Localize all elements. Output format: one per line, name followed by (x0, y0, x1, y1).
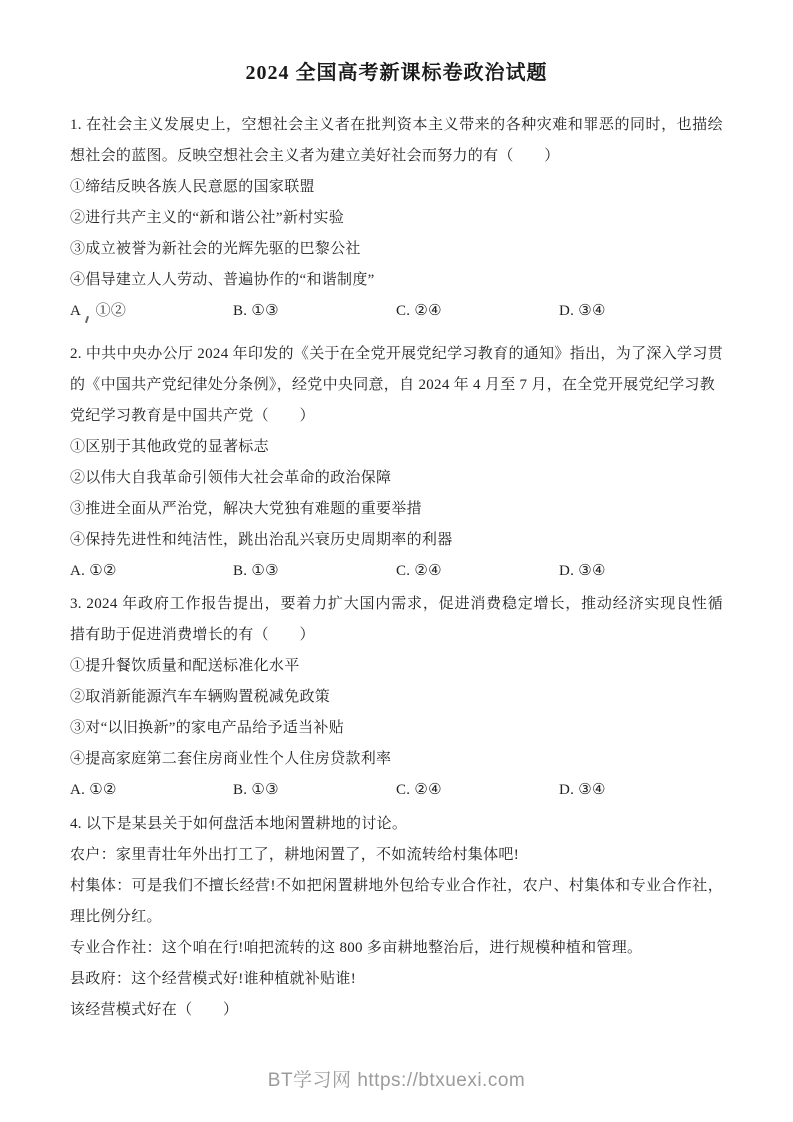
question-4-dialog-government: 县政府：这个经营模式好!谁种植就补贴谁! (70, 964, 723, 995)
question-1-item-2: ②进行共产主义的“新和谐公社”新村实验 (70, 203, 723, 234)
question-4-dialog-farmer: 农户：家里青壮年外出打工了，耕地闲置了，不如流转给村集体吧! (70, 840, 723, 871)
question-2-option-c: C. ②④ (396, 556, 559, 587)
question-1-option-c: C. ②④ (396, 296, 559, 327)
question-1-stem-line-1: 1. 在社会主义发展史上，空想社会主义者在批判资本主义带来的各种灾难和罪恶的同时… (70, 110, 723, 141)
question-3-option-b: B. ①③ (233, 775, 396, 806)
question-2-item-1: ①区别于其他政党的显著标志 (70, 432, 723, 463)
watermark-site-link: BT学习网 https://btxuexi.com (70, 1065, 723, 1092)
question-3-item-2: ②取消新能源汽车车辆购置税减免政策 (70, 682, 723, 713)
question-2-item-2: ②以伟大自我革命引领伟大社会革命的政治保障 (70, 463, 723, 494)
question-2-item-3: ③推进全面从严治党，解决大党独有难题的重要举措 (70, 494, 723, 525)
question-2-stem-line-2: 的《中国共产党纪律处分条例》，经党中央同意，自 2024 年 4 月至 7 月，… (70, 370, 723, 401)
page-title: 2024 全国高考新课标卷政治试题 (70, 0, 723, 86)
question-1-item-4: ④倡导建立人人劳动、普遍协作的“和谐制度” (70, 265, 723, 296)
question-3-item-1: ①提升餐饮质量和配送标准化水平 (70, 651, 723, 682)
question-3-stem-line-2: 措有助于促进消费增长的有（ ） (70, 620, 723, 651)
question-2-option-d: D. ③④ (559, 556, 606, 587)
question-1-stem-line-2: 想社会的蓝图。反映空想社会主义者为建立美好社会而努力的有（ ） (70, 141, 723, 172)
question-1-option-d: D. ③④ (559, 296, 722, 327)
question-3-item-4: ④提高家庭第二套住房商业性个人住房贷款利率 (70, 744, 723, 775)
question-4-dialog-village-line-2: 理比例分红。 (70, 902, 723, 933)
question-2-options: A. ①② B. ①③ C. ②④ D. ③④ (70, 556, 723, 587)
question-3-option-a: A. ①② (70, 775, 233, 806)
question-1-option-a: A ①② (70, 296, 233, 327)
question-3-option-c: C. ②④ (396, 775, 559, 806)
question-2-option-a: A. ①② (70, 556, 233, 587)
question-3-option-d: D. ③④ (559, 775, 606, 806)
question-2: 2. 中共中央办公厅 2024 年印发的《关于在全党开展党纪学习教育的通知》指出… (70, 339, 723, 587)
question-1-option-b: B. ①③ (233, 296, 396, 327)
question-1-item-3: ③成立被誉为新社会的光辉先驱的巴黎公社 (70, 234, 723, 265)
question-3-item-3: ③对“以旧换新”的家电产品给予适当补贴 (70, 713, 723, 744)
question-2-stem-line-3: 党纪学习教育是中国共产党（ ） (70, 401, 723, 432)
question-2-item-4: ④保持先进性和纯洁性，跳出治乱兴衰历史周期率的利器 (70, 525, 723, 556)
question-3-stem-line-1: 3. 2024 年政府工作报告提出，要着力扩大国内需求，促进消费稳定增长，推动经… (70, 589, 723, 620)
question-1-item-1: ①缔结反映各族人民意愿的国家联盟 (70, 172, 723, 203)
question-1-options: A ①② B. ①③ C. ②④ D. ③④ (70, 296, 723, 327)
question-1: 1. 在社会主义发展史上，空想社会主义者在批判资本主义带来的各种灾难和罪恶的同时… (70, 110, 723, 327)
exam-page: 2024 全国高考新课标卷政治试题 1. 在社会主义发展史上，空想社会主义者在批… (0, 0, 793, 1092)
question-2-stem-line-1: 2. 中共中央办公厅 2024 年印发的《关于在全党开展党纪学习教育的通知》指出… (70, 339, 723, 370)
question-4-dialog-cooperative: 专业合作社：这个咱在行!咱把流转的这 800 多亩耕地整治后，进行规模种植和管理… (70, 933, 723, 964)
question-3-options: A. ①② B. ①③ C. ②④ D. ③④ (70, 775, 723, 806)
question-3: 3. 2024 年政府工作报告提出，要着力扩大国内需求，促进消费稳定增长，推动经… (70, 589, 723, 806)
question-2-option-b: B. ①③ (233, 556, 396, 587)
question-4-stem: 4. 以下是某县关于如何盘活本地闲置耕地的讨论。 (70, 809, 723, 840)
question-4-closing: 该经营模式好在（ ） (70, 995, 723, 1026)
question-4: 4. 以下是某县关于如何盘活本地闲置耕地的讨论。 农户：家里青壮年外出打工了，耕… (70, 809, 723, 1026)
question-4-dialog-village-line-1: 村集体：可是我们不擅长经营!不如把闲置耕地外包给专业合作社，农户、村集体和专业合… (70, 871, 723, 902)
